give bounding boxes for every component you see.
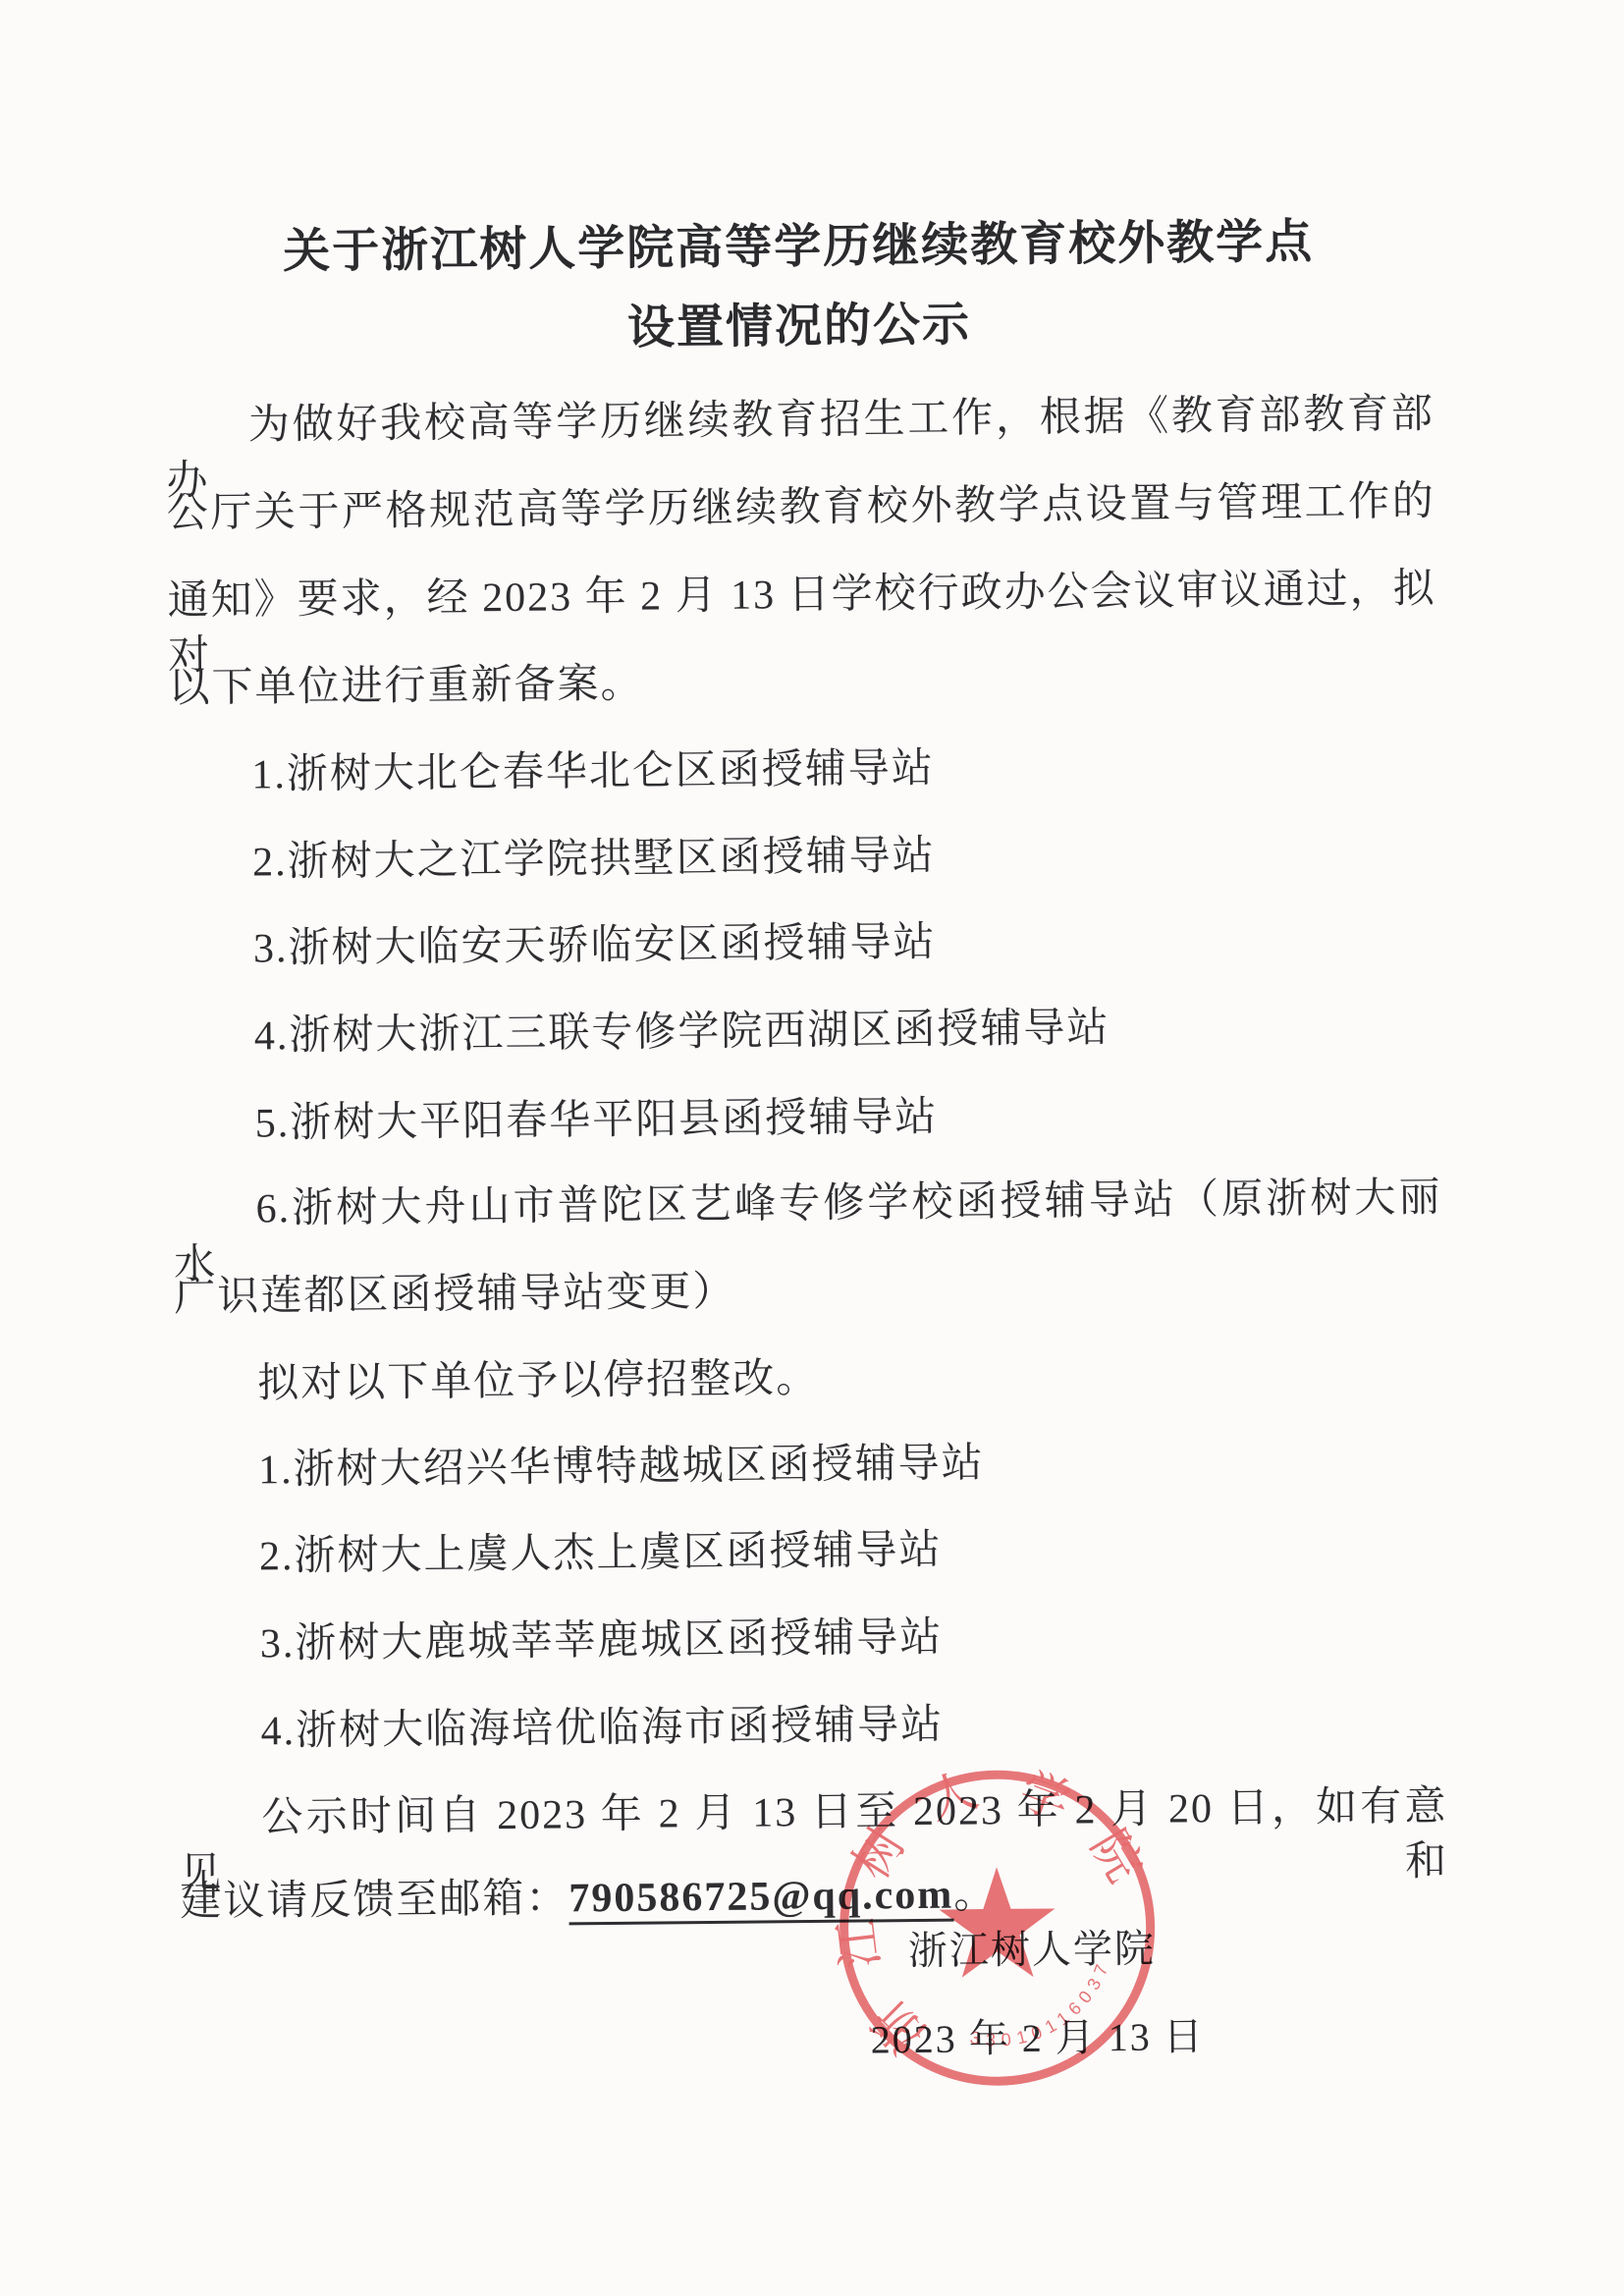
rectify-list-item: 4.浙树大临海培优临海市函授辅导站	[178, 1693, 1446, 1760]
rectify-list-item: 2.浙树大上虞人杰上虞区函授辅导站	[177, 1518, 1445, 1585]
record-list-item: 3.浙树大临安天骄临安区函授辅导站	[171, 910, 1439, 977]
rectify-list-item: 1.浙树大绍兴华博特越城区函授辅导站	[176, 1432, 1444, 1499]
document-title-line1: 关于浙江树人学院高等学历继续教育校外教学点	[164, 212, 1434, 283]
record-list-item-continuation: 广识莲都区函授辅导站变更）	[174, 1258, 1442, 1325]
seal-serial-holder: 33010116037	[968, 1958, 1114, 2050]
document-content: 关于浙江树人学院高等学历继续教育校外教学点 设置情况的公示 为做好我校高等学历继…	[0, 0, 1624, 2296]
star-icon	[939, 1867, 1056, 1978]
document-title-line2: 设置情况的公示	[165, 292, 1435, 362]
seal-serial-number: 33010116037	[968, 1958, 1114, 2050]
record-list-item: 4.浙树大浙江三联专修学院西湖区函授辅导站	[172, 998, 1440, 1065]
official-seal: 浙江树人学院 33010116037	[829, 1760, 1165, 2097]
rectify-list-item: 3.浙树大鹿城莘莘鹿城区函授辅导站	[178, 1606, 1446, 1672]
closing-line2: 建议请反馈至邮箱：790586725@qq.com。	[180, 1863, 1448, 1930]
intro-line: 以下单位进行重新备案。	[168, 649, 1436, 716]
record-list-item: 2.浙树大之江学院拱墅区函授辅导站	[170, 824, 1438, 891]
closing-line2-prefix: 建议请反馈至邮箱：	[180, 1876, 568, 1925]
intro-line: 公厅关于严格规范高等学历继续教育校外教学点设置与管理工作的	[167, 474, 1435, 541]
document-page: 关于浙江树人学院高等学历继续教育校外教学点 设置情况的公示 为做好我校高等学历继…	[0, 0, 1624, 2296]
record-list-item: 5.浙树大平阳春华平阳县函授辅导站	[172, 1085, 1440, 1152]
rectify-lead: 拟对以下单位予以停招整改。	[175, 1345, 1443, 1412]
record-list-item: 1.浙树大北仑春华北仑区函授辅导站	[169, 737, 1437, 803]
